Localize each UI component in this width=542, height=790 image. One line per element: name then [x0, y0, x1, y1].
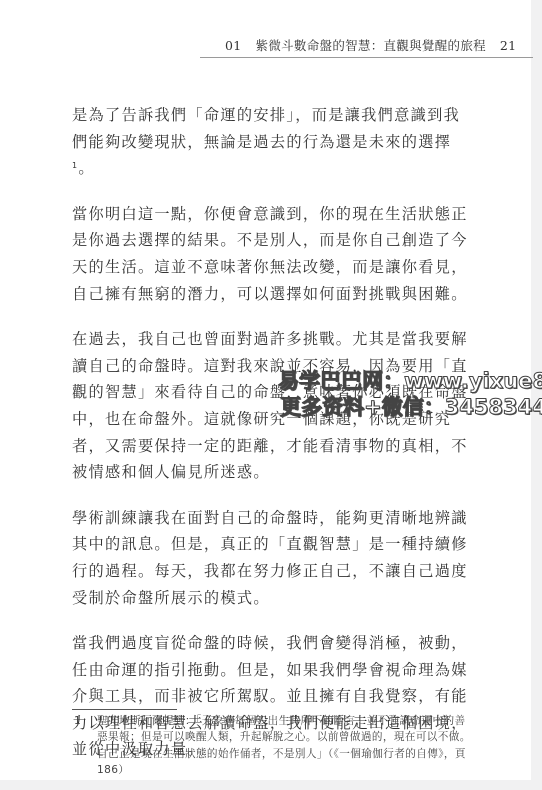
chapter-title: 紫微斗數命盤的智慧：直觀與覺醒的旅程 — [256, 38, 486, 53]
watermark-line-2: 更多资料+微信：3458344044 — [280, 394, 540, 420]
watermark: 易学巴巴网：www.yixue88.cn 更多资料+微信：3458344044 — [278, 368, 540, 420]
chapter-number: 01 — [225, 38, 242, 53]
running-header: 01紫微斗數命盤的智慧：直觀與覺醒的旅程21 — [225, 36, 505, 54]
header-rule — [200, 57, 533, 58]
watermark-line-1: 易学巴巴网：www.yixue88.cn — [278, 368, 540, 394]
paragraph-text: 是為了告訴我們「命運的安排」，而是讓我們意識到我們能夠改變現狀，無論是過去的行為… — [72, 106, 460, 151]
footnote-text: 聖尤地斯瓦爾提到：「天象在每個人出生時所下的斷言，並不強調命運中的善惡果報；但是… — [97, 713, 472, 779]
paragraph: 是為了告訴我們「命運的安排」，而是讓我們意識到我們能夠改變現狀，無論是過去的行為… — [72, 102, 472, 182]
book-page: 01紫微斗數命盤的智慧：直觀與覺醒的旅程21 是為了告訴我們「命運的安排」，而是… — [0, 0, 531, 780]
footnote-number: 1 — [74, 713, 81, 729]
page-number: 21 — [500, 38, 517, 53]
paragraph: 當你明白這一點，你便會意識到，你的現在生活狀態正是你過去選擇的結果。不是別人，而… — [72, 201, 472, 307]
body-text: 是為了告訴我們「命運的安排」，而是讓我們意識到我們能夠改變現狀，無論是過去的行為… — [72, 102, 472, 782]
footnote-rule — [72, 709, 177, 710]
paragraph-end: 。 — [78, 159, 95, 177]
footnote: 1 聖尤地斯瓦爾提到：「天象在每個人出生時所下的斷言，並不強調命運中的善惡果報；… — [72, 713, 472, 779]
footnote-ref[interactable]: 1 — [72, 161, 78, 170]
paragraph: 學術訓練讓我在面對自己的命盤時，能夠更清晰地辨識其中的訊息。但是，真正的「直觀智… — [72, 505, 472, 611]
